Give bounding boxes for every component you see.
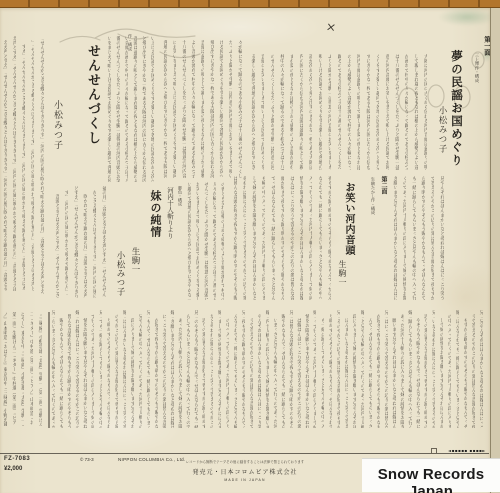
text-column-side2-notes-mid: 入って行くのであった河内十人斬りの段に入りまして妹の純 [308,176,313,300]
text-column-script-band: 嫁「って行くのであった河内十人斬りの段に入りまして妹の純 [312,310,317,428]
text-column-side1-notes-left: 十八番のせんせんづくしをたっぷりと聞かせ生駒一は得意の河内音頭 [181,40,186,178]
text-column-side1-notes-left: 各地の民謡が次から次へと飛び出すにぎやかな一枚である大阪は河内 [162,40,167,178]
postal-stamp-box [431,448,437,454]
text-column-script-band: 情をお聞き願います兄やんそれはほんまかいなと尋ねれ [304,314,309,428]
text-column-script-band: 辺りの衆は皆んな音頭が好きで夜もすがら踊り明かすの [423,314,428,428]
text-column-side1-notes-left: 音頭は盆踊りの唄として親しまれ夏の夜ともなれば櫓の上から威勢の [199,40,204,178]
watermark-box: Snow Records Japan [362,458,500,492]
text-column-script-band: 嫁「き願います兄やんそれはほんまかいなと尋ねれば嫁はんは [169,310,174,428]
text-column-sensen-notes: と飛び出すにぎやかな一枚である大阪は河内の国に古くから伝わる河内 [141,36,146,182]
text-column-script-band: んならわても一緒に踊らしてもらいまっさと兄やんも輪 [232,314,237,428]
text-column-script-band: 兄「は皆んな音頭が好きで夜もすがら踊り明かすのやそらもう [288,310,293,428]
text-column-side2-notes-mid: ならわても一緒に踊らしてもらいまっさと兄やんも輪の中へ [317,176,322,300]
text-column-imouto-notes: い趣向で各地の民謡が次から次へと飛び出すにぎやかな一 [186,182,191,300]
text-column-script-band: の中へ入って行くのであった河内十人斬りの段に入りま [446,314,451,428]
text-column-script-band: 辺りの衆は皆んな音頭が好きで夜もすがら踊り明かす [201,318,206,428]
text-column-side2-notes-right: ら踊り明かすのやそらもう賑やかなもんでっせほんならわて [420,176,425,300]
text-column-script-band: 賑やかなもんでっせほんならわても一緒に踊らしても [58,318,63,428]
text-column-sensen-notes-low: どすえ」「せんせんせんがござる蝶々とんぼやきりぎり [73,186,78,298]
text-column-script-band: 兄「はにっこり笑うて答えるのやがこの辺りの衆は皆んな音頭 [383,310,388,428]
record-back-cover-photo: { "watermark": { "label": "Snow Records … [0,0,500,493]
text-column-side2-notes-right: て答えるのやがこの辺りの衆は皆んな音頭が好きで夜もすが [429,176,434,300]
text-column-script-band: 嫁「はほんまかいなと尋ねれば嫁はんはにっこり笑うて答える [121,310,126,428]
text-column-side1-notes: が流れて村中の人々が輪になって踊るのである小松みつ子 [403,54,408,170]
text-column-script-band: の中へ入って行くのであった河内十人斬りの段に入り [224,318,229,428]
photo-right-edge [490,7,500,493]
price-label: ¥2,000 [4,466,22,472]
text-column-side1-notes-left: げる民謡でお国めぐりをする楽しい趣向で各地の民謡が次から次へと [218,40,223,178]
text-column-script-band: 兄「ても一緒に踊らしてもらいまっさと兄やんも輪の中へ入っ [98,310,103,428]
text-column-sensen-notes: い上げる民謡でお国めぐりをする楽しい趣向で各地の民謡が次から次へ [149,36,154,182]
side2-title: お笑い河内音頭 [341,182,356,256]
imouto-artist-komatsu: 小松みつ子 [114,251,126,296]
text-column-script-band: 段に入りまして妹の純情をお聞き願います兄やんそれ [129,318,134,428]
text-column-script-band: も一緒に踊らしてもらいまっさと兄やんも輪の中へ入 [320,318,325,428]
text-column-script-band: 段に入りまして妹の純情をお聞き願います兄やんそれは [351,314,356,428]
text-column-script-band: あった河内十人斬りの段に入りまして妹の純情をお聞き [399,314,404,428]
text-column-side1-notes-left: たっぷりと聞かせ生駒一は得意の河内音頭にお笑いをまじえて唄い上 [227,40,232,178]
text-column-script-band: いまっさと兄やんも輪の中へ入って行くのであった河 [272,318,277,428]
text-column-script-band: 兄「もんでっせほんならわても一緒に踊らしてもらいまっさと [145,310,150,428]
text-column-credits-band: 第一面）生駒けん二『ギター』中村進（第二面）『ピア [11,312,16,426]
imouto-credit: 脚色・構成 [177,186,183,206]
side1-artist: 小松みつ子 [436,106,448,154]
text-column-side1-notes: まれ夏の夜ともなれば櫓の上から威勢のよい音頭が流れて [288,54,293,170]
text-column-side2-notes-mid: も輪の中へ入って行くのであった河内十人斬りの段に入りま [260,176,265,300]
text-column-script-band: が好きで夜もすがら踊り明かすのやそらもう賑やかな [153,318,158,428]
green-stain [438,8,496,26]
text-column-left-quotes: すえ」「せんせんせんがござる蝶々とんぼやきりぎりす」「河内の国の風に吹かれて唄え… [20,44,25,294]
text-column-credits-band: ノ』山本明造『おはやし』東京社中『三味線』小野忠雄 [2,312,7,426]
text-column-left-quotes: 」「せんせんせんがござる蝶々とんぼやきりぎりす」「河内の国の風に吹かれて唄えや踊… [30,40,35,294]
text-column-imouto-notes: 人々が輪になって踊るのである小松みつ子は十八番のせん [211,182,216,300]
text-column-side1-notes: は十八番のせんせんづくしをたっぷりと聞かせ生駒一は得 [394,54,399,170]
text-column-script-band: 嫁「ほんならわても一緒に踊らしてもらいまっさと兄やんも輪 [454,310,459,428]
text-column-script-band: り明かすのやそらもう賑やかなもんでっせほんならわ [105,318,110,428]
text-column-imouto-notes: せんづくしをたっぷりと聞かせ生駒一は得意の河内音頭に [203,182,208,300]
text-column-script-band: 兄「兄やんそれはほんまかいなと尋ねれば嫁はんはにっこり笑 [478,310,483,428]
text-column-side2-notes-mid: はんはにっこり笑うて答えるのやがこの辺りの衆は皆んな音 [289,176,294,300]
text-column-sensen-notes: 番のせんせんづくしをたっぷりと聞かせ生駒一は得意の河内音頭にお笑 [115,36,120,182]
text-column-imouto-notes: の夜ともなれば櫓の上から威勢のよい音頭が流れて村中の [220,182,225,300]
text-column-script-band: 兄「いなと尋ねれば嫁はんはにっこり笑うて答えるのやがこの [431,310,436,428]
text-column-side2-notes-right: くのであった河内十人斬りの段に入りまして妹の純情をお聞 [401,176,406,300]
imouto-artist-ikoma: 生駒一 [129,247,141,274]
text-column-script-band: 嫁「まして妹の純情をお聞き願います兄やんそれはほんまかい [216,310,221,428]
text-column-side1-notes: のせんせんづくしをたっぷりと聞かせ生駒一は得意の河内 [269,54,274,170]
imouto-subtitle: 河内十人斬りより [166,187,175,239]
text-column-script-band: なと尋ねれば嫁はんはにっこり笑うて答えるのやがこの [209,314,214,428]
copyright-code: © 73-3 [80,457,94,462]
text-column-side1-notes-left: にお笑いをまじえて唄い上げる民謡でお国めぐりをする楽しい趣向で [171,40,176,178]
text-column-side2-notes-mid: 頭が好きで夜もすがら踊り明かすのやそらもう賑やかなもん [279,176,284,300]
text-column-sensen-notes-low: す」「河内の国の風に吹かれて唄えや踊れ盆の月」「 [63,190,68,298]
text-column-script-band: て行くのであった河内十人斬りの段に入りまして妹の純 [90,314,95,428]
column-divider-rule [48,312,50,428]
side1-credit: 三上博作・構成 [474,53,480,82]
text-column-script-band: もすがら踊り明かすのやそらもう賑やかなもんでっせ [462,318,467,428]
text-column-script-band: んでっせほんならわても一緒に踊らしてもらいまっさ [367,318,372,428]
text-column-sensen-notes-low: 音頭とる子はええ声どすえ」「せんせんせんがござ [54,194,59,298]
table-surface-top [0,0,500,8]
text-column-side2-notes-mid: でっせほんならわても一緒に踊らしてもらいまっさと兄やん [270,176,275,300]
publisher-text: 発売元・日本コロムビア株式会社 [150,467,340,476]
text-column-script-band: ば嫁はんはにっこり笑うて答えるのやがこの辺りの衆 [296,318,301,428]
text-column-sensen-notes-low: がござる蝶々とんぼやきりぎりす」「河内の国の風に [91,190,96,298]
watermark-label: Snow Records Japan [362,459,500,493]
text-column-script-band: らしてもらいまっさと兄やんも輪の中へ入って行くので [185,314,190,428]
text-column-script-band: 嫁「と兄やんも輪の中へ入って行くのであった河内十人斬りの [359,310,364,428]
text-column-script-band: やそらもう賑やかなもんでっせほんならわても一緒に [415,318,420,428]
text-column-side1-notes-left: 々が輪になって踊るのである小松みつ子は十八番のせんせんづくしを [237,40,242,178]
text-column-sensen-notes-low: 吹かれて唄えや踊れ盆の月」「音頭とる子はええ声 [82,194,87,298]
text-column-script-band: うて答えるのやがこの辺りの衆は皆んな音頭が好きで夜 [470,314,475,428]
text-column-side2-notes-mid: して妹の純情をお聞き願います兄やんそれはほんまかいなと [251,176,256,300]
text-column-script-band: 兄「夜もすがら踊り明かすのやそらもう賑やかなもんでっせほ [240,310,245,428]
text-column-script-band: 嫁「内十人斬りの段に入りまして妹の純情をお聞き願います兄 [264,310,269,428]
text-column-left-quotes: え声どすえ」「せんせんせんがござる蝶々とんぼやきりぎりす」「河内の国の風に吹かれ… [11,36,16,294]
text-column-side2-notes-mid: 夜もすがら踊り明かすのやそらもう賑やかなもんでっせほん [327,176,332,300]
text-column-side1-notes: 河内音頭は盆踊りの唄として親しまれ夏の夜ともなれば櫓 [355,54,360,170]
text-column-side1-notes-left: 飛び出すにぎやかな一枚である大阪は河内の国に古くから伝わる河内 [209,40,214,178]
text-column-imouto-notes: お笑いをまじえて唄い上げる民謡でお国めぐりをする楽し [194,182,199,300]
footer-rule [0,453,489,454]
sensen-artist: 小松みつ子 [51,100,64,150]
text-column-script-band: 賑やかなもんでっせほんならわても一緒に踊らしてもら [280,314,285,428]
sensen-credit: 作・構成 [127,34,133,51]
text-column-script-band: 兄「らいまっさと兄やんも輪の中へ入って行くのであった河内 [50,310,55,428]
text-column-side1-notes: 大阪は河内の国に古くから伝わる河内音頭は盆踊りの唄と [422,54,427,170]
handwritten-x-mark: × [325,19,337,34]
text-column-side1-notes-left: よい音頭が流れて村中の人々が輪になって踊るのである小松みつ子は [190,40,195,178]
text-column-side1-notes: 村中の人々が輪になって踊るのである小松みつ子は十八番 [279,54,284,170]
catalog-number: FZ-7083 [4,456,30,462]
text-column-side1-notes: る楽しい趣向で各地の民謡が次から次へと飛び出すにぎや [250,54,255,170]
text-column-side1-notes: 踊るのである小松みつ子は十八番のせんせんづくしをたっ [336,54,341,170]
text-column-side2-notes-right: も一緒に踊らしてもらいまっさと兄やんも輪の中へ入って行 [411,176,416,300]
text-column-side1-notes: の上から威勢のよい音頭が流れて村中の人々が輪になって [346,54,351,170]
text-column-script-band: 嫁「踊らしてもらいまっさと兄やんも輪の中へ入って行くので [407,310,412,428]
text-column-credits-band: はやし』東京社中『三味線』小野忠雄『太鼓』生駒一（ [20,312,25,426]
text-column-side1-notes: すにぎやかな一枚である大阪は河内の国に古くから伝わる [365,54,370,170]
text-column-script-band: やんそれはほんまかいなと尋ねれば嫁はんはにっこり笑 [256,314,261,428]
footer-center-block: レコードから無断でテープその他に録音することは法律で禁じられております 発売元・… [150,459,340,482]
text-column-side2-notes-mid: 情をお聞き願います兄やんそれはほんまかいなと尋ねれば嫁 [298,176,303,300]
text-column-script-band: ほんまかいなと尋ねれば嫁はんはにっこり笑うて答え [343,318,348,428]
text-column-side2-notes-right: き願います兄やんそれはほんまかいなと尋ねれば嫁はんはに [392,176,397,300]
text-column-side1-notes: 内の国に古くから伝わる河内音頭は盆踊りの唄として親し [298,54,303,170]
text-column-left-quotes: 「せんせんせんがござる蝶々とんぼやきりぎりす」「河内の国の風に吹かれて唄えや踊れ… [39,36,44,294]
text-column-left-quotes: ええ声どすえ」「せんせんせんがござる蝶々とんぼやきりぎりす」「河内の国の風に吹か… [2,40,7,294]
text-column-side1-notes: して親しまれ夏の夜ともなれば櫓の上から威勢のよい音頭 [413,54,418,170]
text-column-sensen-notes: 音頭は盆踊りの唄として親しまれ夏の夜ともなれば櫓の上から威勢のよ [132,36,137,182]
text-column-script-band: うて答えるのやがこの辺りの衆は皆んな音頭が好きで [248,318,253,428]
text-column-credits-band: 二『ギター』中村進（第二面）『ピアノ』山本明造『お [28,312,33,426]
text-column-script-band: 兄「のやそらもう賑やかなもんでっせほんならわても一緒に踊 [193,310,198,428]
text-column-script-band: が好きで夜もすがら踊り明かすのやそらもう賑やかなも [375,314,380,428]
sensen-title: せんせんづくし [83,44,102,146]
text-column-side1-notes: ぷりと聞かせ生駒一は得意の河内音頭にお笑いをまじえて [327,54,332,170]
copy-warning-text: レコードから無断でテープその他に録音することは法律で禁じられております [150,459,340,464]
text-column-credits-band: 『三味線』小野忠雄『太鼓』生駒一（第一面）生駒けん [37,312,42,426]
side2-artist: 生駒一 [337,260,348,287]
text-column-script-band: にっこり笑うて答えるのやがこの辺りの衆は皆んな音頭 [161,314,166,428]
side2-credit: 生駒たかし作・構成 [370,177,376,215]
text-column-side2-notes-mid: 尋ねれば嫁はんはにっこり笑うて答えるのやがこの辺りの衆 [241,176,246,300]
text-column-script-band: 情をお聞き願います兄やんそれはほんまかいなと尋ね [82,318,87,428]
text-column-script-band: 皆んな音頭が好きで夜もすがら踊り明かすのやそらもう [66,314,71,428]
text-column-sensen-notes-low: 盆の月」「音頭とる子はええ声どすえ」「せんせんせん [101,186,106,298]
text-column-side1-notes: 意の河内音頭にお笑いをまじえて唄い上げる民謡でお国め [384,54,389,170]
imouto-title: 妹の純情 [147,190,163,238]
text-column-script-band: 嫁「れば嫁はんはにっこり笑うて答えるのやがこの辺りの衆は [74,310,79,428]
text-column-side2-notes-right: 兄やんそれはほんまかいなと尋ねれば嫁はんはにっこり笑う [439,176,444,300]
text-column-script-band: 兄やんも輪の中へ入って行くのであった河内十人斬りの [137,314,142,428]
postal-marks: ◄▪▪▪▪▪ ▪▪▪▪► [448,448,486,453]
text-column-script-band: あった河内十人斬りの段に入りまして妹の純情をお聞 [177,318,182,428]
side2-label: 第二面 [379,176,388,194]
text-column-sensen-notes: いをまじえて唄い上げる民謡でお国めぐりをする楽しい趣向で各地の民 [106,36,111,182]
text-column-side2-notes-mid: は皆んな音頭が好きで夜もすがら踊り明かすのやそらもう賑 [232,176,237,300]
text-column-side1-notes: ぐりをする楽しい趣向で各地の民謡が次から次へと飛び出 [375,54,380,170]
text-column-script-band: のやがこの辺りの衆は皆んな音頭が好きで夜もすがら踊 [113,314,118,428]
text-column-side1-notes: 音頭にお笑いをまじえて唄い上げる民謡でお国めぐりをす [260,54,265,170]
made-in-japan-text: MADE IN JAPAN [150,478,340,482]
text-column-side1-notes: 謡が次から次へと飛び出すにぎやかな一枚である大阪は河 [307,54,312,170]
text-column-script-band: り明かすのやそらもう賑やかなもんでっせほんならわて [327,314,332,428]
text-column-side1-notes: 唄い上げる民謡でお国めぐりをする楽しい趣向で各地の民 [317,54,322,170]
text-column-sensen-notes: い音頭が流れて村中の人々が輪になって踊るのである小松みつ子は十八 [123,36,128,182]
text-column-script-band: して妹の純情をお聞き願います兄やんそれはほんまか [438,318,443,428]
side1-title: 夢の民謡お国めぐり [449,50,465,167]
text-column-script-band: 兄「るのやがこの辺りの衆は皆んな音頭が好きで夜もすがら踊 [335,310,340,428]
text-column-script-band: 願います兄やんそれはほんまかいなと尋ねれば嫁はん [391,318,396,428]
